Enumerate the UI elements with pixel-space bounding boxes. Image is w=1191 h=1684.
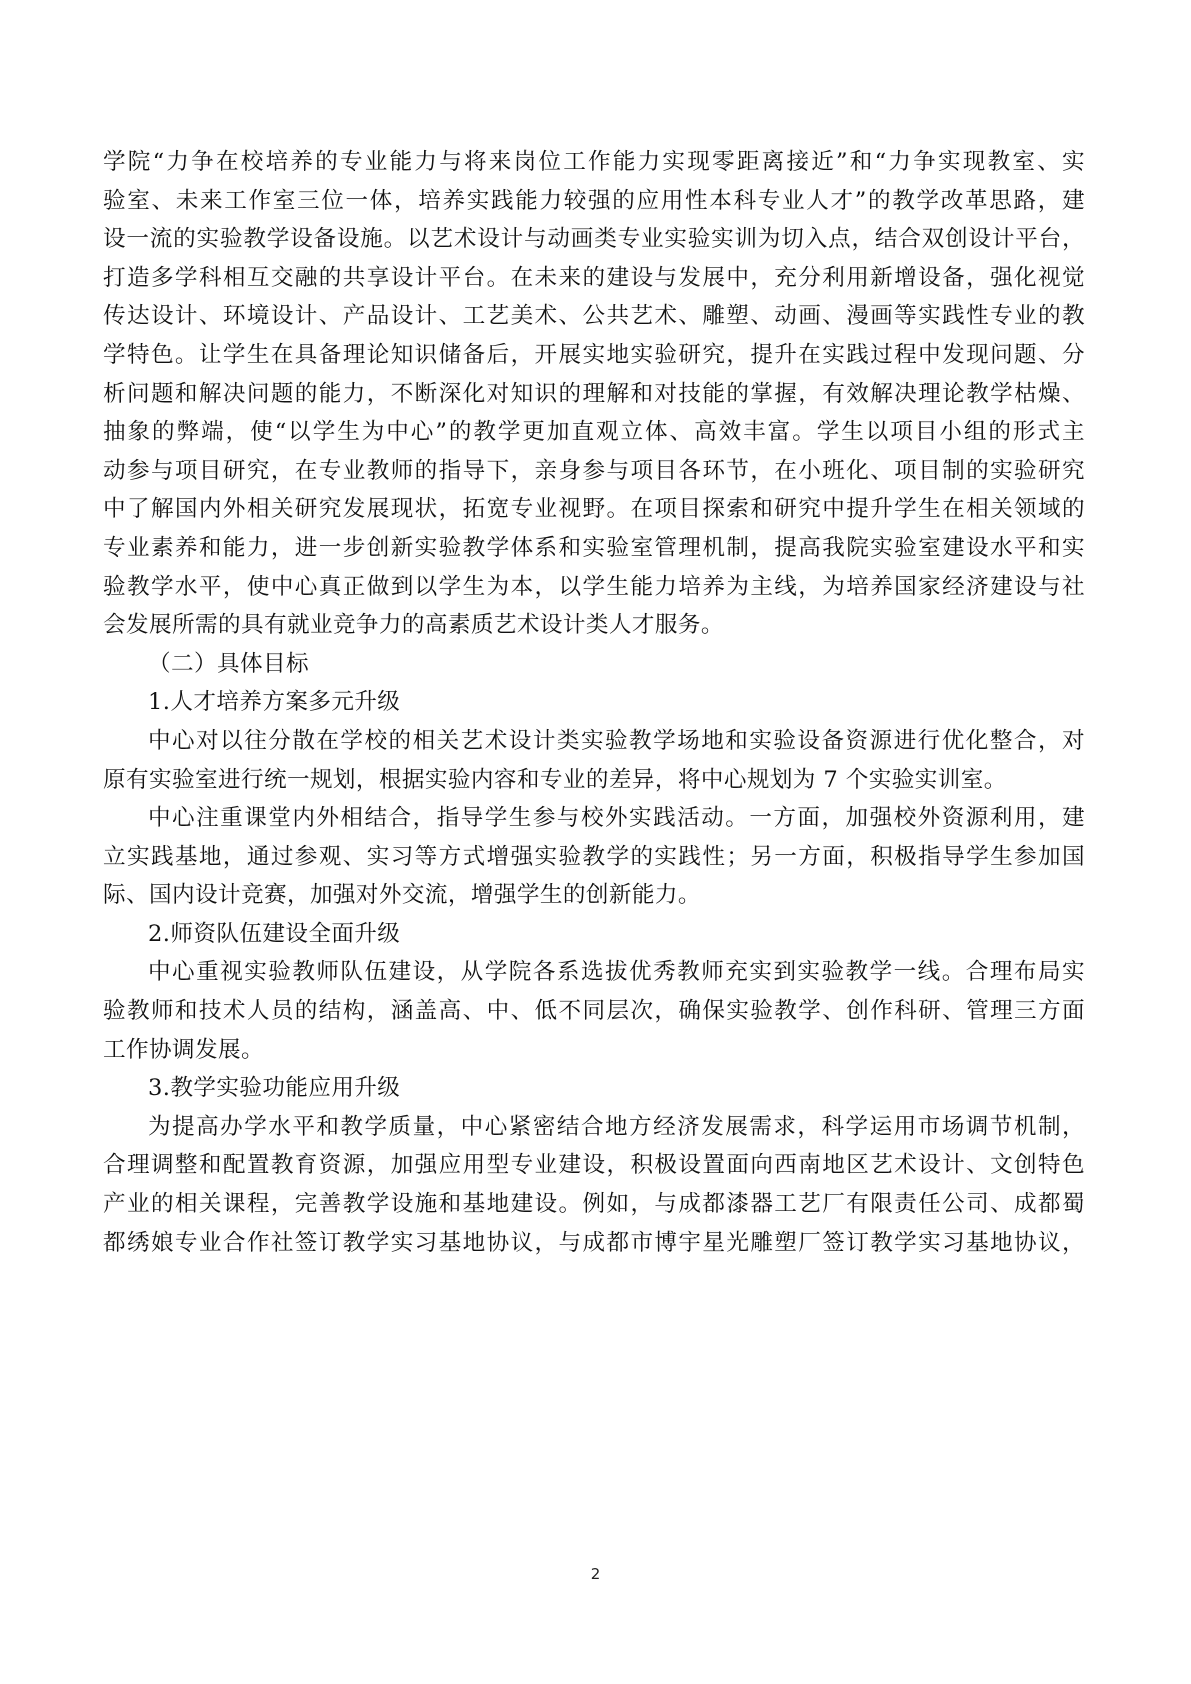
text-line: 为提高办学水平和教学质量，中心紧密结合地方经济发展需求，科学运用市场调节机制， [103, 1108, 1085, 1147]
text-line: 产业的相关课程，完善教学设施和基地建设。例如，与成都漆器工艺厂有限责任公司、成都… [103, 1185, 1085, 1224]
item-3-paragraph: 为提高办学水平和教学质量，中心紧密结合地方经济发展需求，科学运用市场调节机制， … [103, 1108, 1085, 1262]
section-heading: （二）具体目标 [103, 645, 1085, 684]
text-line: 传达设计、环境设计、产品设计、工艺美术、公共艺术、雕塑、动画、漫画等实践性专业的… [103, 297, 1085, 336]
item-3-title: 3.教学实验功能应用升级 [103, 1069, 1085, 1108]
text-line: 中心对以往分散在学校的相关艺术设计类实验教学场地和实验设备资源进行优化整合，对 [103, 722, 1085, 761]
text-line: 析问题和解决问题的能力，不断深化对知识的理解和对技能的掌握，有效解决理论教学枯燥… [103, 375, 1085, 414]
text-line: 原有实验室进行统一规划，根据实验内容和专业的差异，将中心规划为 7 个实验实训室… [103, 761, 1085, 800]
text-line: 动参与项目研究，在专业教师的指导下，亲身参与项目各环节，在小班化、项目制的实验研… [103, 452, 1085, 491]
document-body: 学院“力争在校培养的专业能力与将来岗位工作能力实现零距离接近”和“力争实现教室、… [103, 143, 1085, 1262]
text-line: 工作协调发展。 [103, 1031, 1085, 1070]
paragraph-overall-goal: 学院“力争在校培养的专业能力与将来岗位工作能力实现零距离接近”和“力争实现教室、… [103, 143, 1085, 645]
item-2-paragraph: 中心重视实验教师队伍建设，从学院各系选拔优秀教师充实到实验教学一线。合理布局实 … [103, 953, 1085, 1069]
text-line: 中心重视实验教师队伍建设，从学院各系选拔优秀教师充实到实验教学一线。合理布局实 [103, 953, 1085, 992]
text-line: 中心注重课堂内外相结合，指导学生参与校外实践活动。一方面，加强校外资源利用，建 [103, 799, 1085, 838]
document-page: 学院“力争在校培养的专业能力与将来岗位工作能力实现零距离接近”和“力争实现教室、… [0, 0, 1191, 1684]
item-2-title: 2.师资队伍建设全面升级 [103, 915, 1085, 954]
text-line: 立实践基地，通过参观、实习等方式增强实验教学的实践性；另一方面，积极指导学生参加… [103, 838, 1085, 877]
text-line: 验室、未来工作室三位一体，培养实践能力较强的应用性本科专业人才”的教学改革思路，… [103, 182, 1085, 221]
item-1-paragraph-b: 中心注重课堂内外相结合，指导学生参与校外实践活动。一方面，加强校外资源利用，建 … [103, 799, 1085, 915]
text-line: 学特色。让学生在具备理论知识储备后，开展实地实验研究，提升在实践过程中发现问题、… [103, 336, 1085, 375]
text-line: 际、国内设计竞赛，加强对外交流，增强学生的创新能力。 [103, 876, 1085, 915]
text-line: 验教学水平，使中心真正做到以学生为本，以学生能力培养为主线，为培养国家经济建设与… [103, 568, 1085, 607]
text-line: 中了解国内外相关研究发展现状，拓宽专业视野。在项目探索和研究中提升学生在相关领域… [103, 490, 1085, 529]
text-line: 验教师和技术人员的结构，涵盖高、中、低不同层次，确保实验教学、创作科研、管理三方… [103, 992, 1085, 1031]
text-line: 专业素养和能力，进一步创新实验教学体系和实验室管理机制，提高我院实验室建设水平和… [103, 529, 1085, 568]
item-1-paragraph-a: 中心对以往分散在学校的相关艺术设计类实验教学场地和实验设备资源进行优化整合，对 … [103, 722, 1085, 799]
item-1-title: 1.人才培养方案多元升级 [103, 683, 1085, 722]
text-line: 都绣娘专业合作社签订教学实习基地协议，与成都市博宇星光雕塑厂签订教学实习基地协议… [103, 1224, 1085, 1263]
page-number: 2 [0, 1565, 1191, 1583]
text-line: 会发展所需的具有就业竞争力的高素质艺术设计类人才服务。 [103, 606, 1085, 645]
text-line: 打造多学科相互交融的共享设计平台。在未来的建设与发展中，充分利用新增设备，强化视… [103, 259, 1085, 298]
text-line: 合理调整和配置教育资源，加强应用型专业建设，积极设置面向西南地区艺术设计、文创特… [103, 1146, 1085, 1185]
text-line: 设一流的实验教学设备设施。以艺术设计与动画类专业实验实训为切入点，结合双创设计平… [103, 220, 1085, 259]
text-line: 抽象的弊端，使“以学生为中心”的教学更加直观立体、高效丰富。学生以项目小组的形式… [103, 413, 1085, 452]
text-line: 学院“力争在校培养的专业能力与将来岗位工作能力实现零距离接近”和“力争实现教室、… [103, 143, 1085, 182]
